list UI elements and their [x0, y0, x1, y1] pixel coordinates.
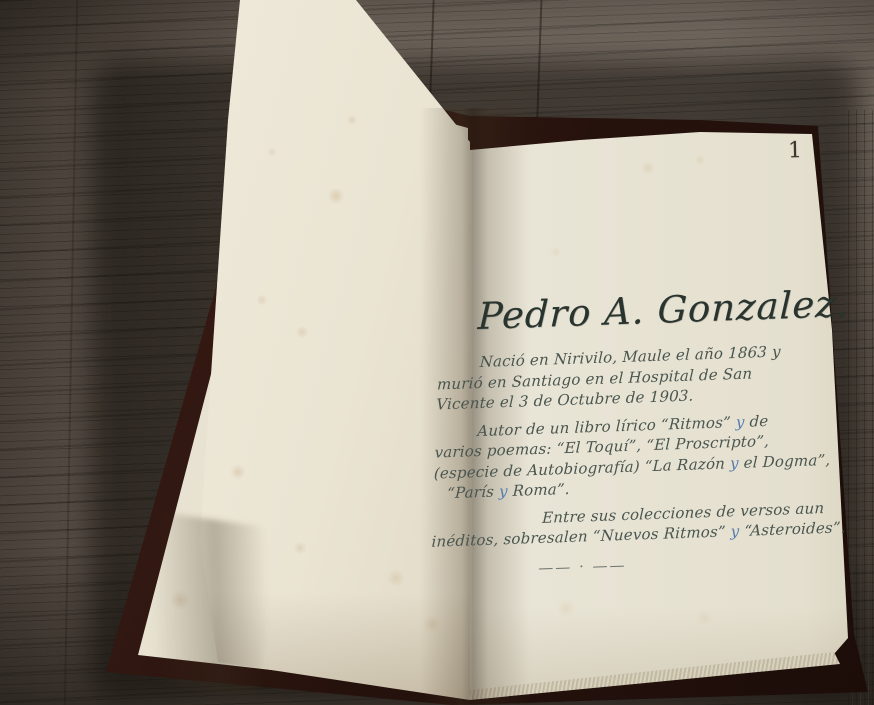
manuscript-text-block: Pedro A. Gonzalez. Nació en Nirivilo, Ma… [430, 114, 859, 579]
handwritten-line: “París y Roma”. [433, 480, 570, 503]
manuscript-title: Pedro A. Gonzalez. [439, 282, 854, 340]
ink-segment: de [744, 411, 768, 430]
left-page-fold-shadow [139, 512, 281, 697]
ink-segment: “París [447, 482, 499, 502]
paragraph-unpublished: Entre sus colecciones de versos aun inéd… [431, 497, 846, 553]
paragraph-birth-death: Nació en Nirivilo, Maule el año 1863 y m… [436, 339, 852, 415]
ink-segment: el Dogma”, [738, 450, 830, 471]
paragraph-works: Autor de un libro lírico “Ritmos” y de v… [433, 408, 850, 505]
ink-segment: “Asteroides”. [739, 518, 846, 540]
manuscript-body: Nació en Nirivilo, Maule el año 1863 y m… [431, 339, 852, 552]
manuscript-photo: 1 Pedro A. Gonzalez. Nació en Nirivilo, … [0, 0, 874, 705]
ink-segment: Roma”. [507, 480, 570, 500]
